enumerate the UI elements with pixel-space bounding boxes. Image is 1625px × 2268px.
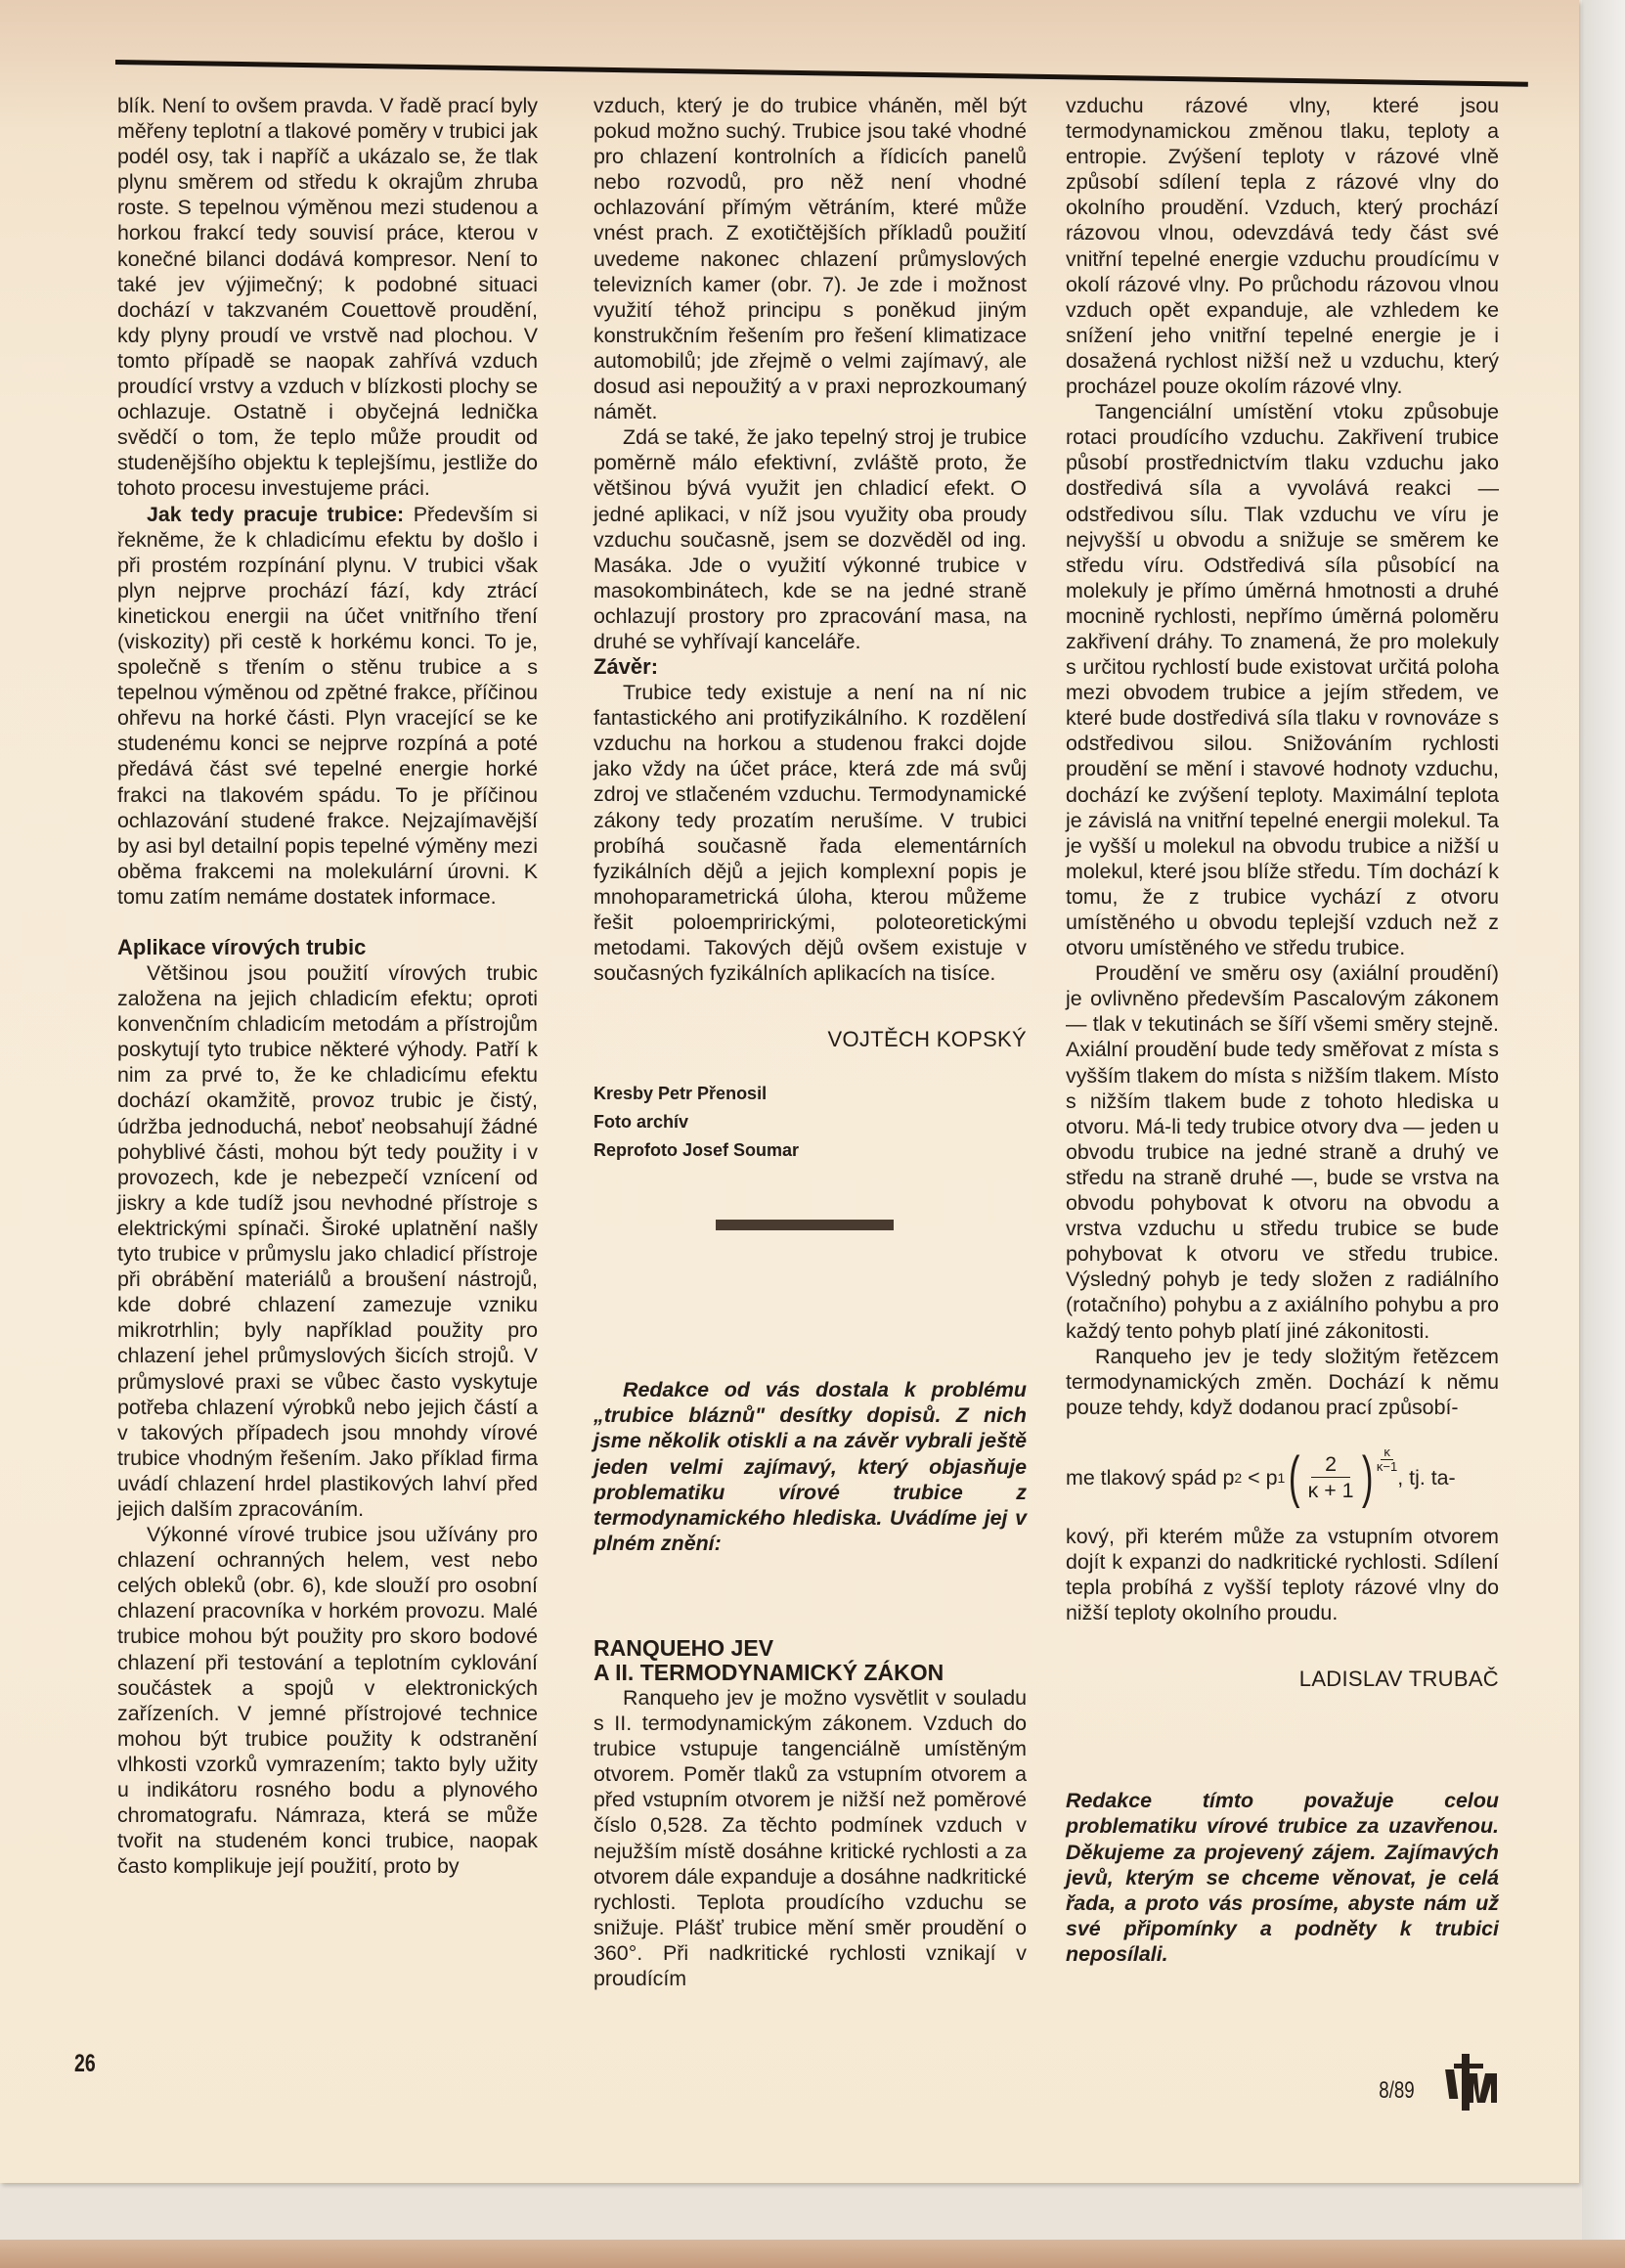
paragraph: blík. Není to ovšem pravda. V řadě prací… [117,93,538,502]
scan-background-edge [1582,0,1625,2268]
run-in-heading: Jak tedy pracuje trubice: [147,503,404,526]
credits: Kresby Petr Přenosil Foto archív Reprofo… [593,1080,1027,1165]
paragraph: Ranqueho jev je možno vysvětlit v soulad… [593,1685,1027,1991]
paragraph: Zdá se také, že jako tepelný stroj je tr… [593,424,1027,654]
editor-closing-note: Redakce tímto považuje celou problematik… [1066,1788,1499,1967]
article-title-line-2: A II. TERMODYNAMICKÝ ZÁKON [593,1661,1027,1685]
magazine-page: blík. Není to ovšem pravda. V řadě prací… [0,0,1579,2183]
column-3: vzduchu rázové vlny, které jsou termodyn… [1066,93,1499,1967]
credit-reprophoto: Reprofoto Josef Soumar [593,1136,1027,1165]
conclusion-heading: Závěr: [593,654,1027,680]
paragraph-text: Především si řekněme, že k chladicímu ef… [117,503,538,909]
section-separator [716,1220,894,1230]
credit-drawings: Kresby Petr Přenosil [593,1080,1027,1108]
paragraph: vzduchu rázové vlny, které jsou termodyn… [1066,93,1499,399]
article-title-line-1: RANQUEHO JEV [593,1636,1027,1661]
paragraph: Jak tedy pracuje trubice: Především si ř… [117,502,538,911]
article-title: RANQUEHO JEV A II. TERMODYNAMICKÝ ZÁKON [593,1636,1027,1685]
exponent: κ κ−1 [1377,1445,1397,1474]
pressure-formula: me tlakový spád p2 < p1 ( 2 κ + 1 ) κ κ−… [1066,1449,1499,1506]
paragraph: vzduch, který je do trubice vháněn, měl … [593,93,1027,424]
author-signature: LADISLAV TRUBAČ [1066,1667,1499,1692]
paragraph: Výkonné vírové trubice jsou užívány pro … [117,1522,538,1879]
fraction: 2 κ + 1 [1308,1451,1354,1503]
author-signature: VOJTĚCH KOPSKÝ [593,1027,1027,1052]
column-1: blík. Není to ovšem pravda. V řadě prací… [117,93,538,1879]
paragraph: kový, při kterém může za vstupním otvore… [1066,1524,1499,1625]
page-number: 26 [74,2050,96,2078]
scan-background-bottom [0,2240,1625,2268]
section-heading: Aplikace vírových trubic [117,935,538,960]
paragraph: Tangenciální umístění vtoku způsobuje ro… [1066,399,1499,960]
issue-number: 8/89 [1379,2077,1414,2105]
credit-photo: Foto archív [593,1108,1027,1136]
column-2: vzduch, který je do trubice vháněn, měl … [593,93,1027,1991]
vtm-logo-icon [1440,2048,1499,2111]
top-rule-divider [115,60,1528,87]
paragraph: Většinou jsou použití vírových trubic za… [117,960,538,1522]
paragraph: Proudění ve směru osy (axiální proudění)… [1066,960,1499,1343]
paragraph: Trubice tedy existuje a není na ní nic f… [593,680,1027,986]
editor-note: Redakce od vás dostala k problému „trubi… [593,1377,1027,1556]
paragraph: Ranqueho jev je tedy složitým řetězcem t… [1066,1344,1499,1420]
